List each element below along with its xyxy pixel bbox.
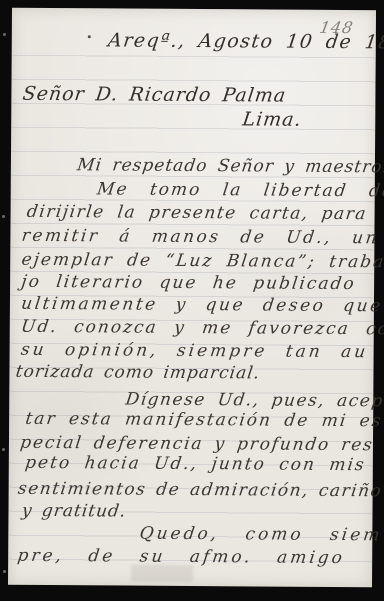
body-line: Me tomo la libertad de	[96, 178, 384, 202]
body-line: su opinión, siempre tan au	[20, 339, 370, 363]
body-line: jo literario que he publicado	[20, 271, 357, 295]
body-line: peto hacia Ud., junto con mis	[24, 452, 367, 476]
body-line: ultimamente y que deseo que	[20, 293, 384, 318]
body-line: remitir á manos de Ud., un	[20, 225, 380, 249]
body-line: Ud. conozca y me favorezca con	[20, 316, 384, 341]
body-line: tar esta manifestación de mi es	[24, 408, 384, 432]
body-line: ejemplar de “Luz Blanca”; traba	[20, 249, 384, 274]
scan-speck	[2, 215, 5, 218]
body-line: Quedo, como siem	[138, 523, 384, 547]
body-line: torizada como imparcial.	[14, 361, 261, 385]
embossed-stamp-mark	[131, 565, 193, 582]
salutation-line: Mi respetado Señor y maestro:	[76, 154, 384, 178]
city-line: Lima.	[241, 108, 303, 130]
body-line: dirijirle la presente carta, para	[26, 201, 369, 225]
body-line: y gratitud.	[20, 500, 127, 523]
letter-page: 148 Areqª., Agosto 10 de 1889. Señor D. …	[8, 8, 376, 588]
ink-speck	[88, 35, 91, 38]
scan-speck	[3, 33, 6, 36]
body-line: sentimientos de admiración, cariño	[17, 478, 384, 503]
scanned-letter-background: { "scan": { "page_number": "148", "backg…	[0, 0, 384, 601]
recipient-line: Señor D. Ricardo Palma	[21, 83, 287, 107]
scan-speck	[3, 570, 6, 573]
scan-speck	[2, 448, 5, 451]
date-line: Areqª., Agosto 10 de 1889.	[107, 29, 384, 53]
